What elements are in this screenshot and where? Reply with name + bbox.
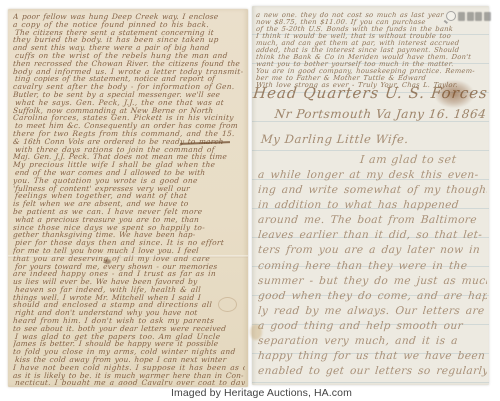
heritage-credit-text: Imaged by Heritage Auctions, HA.com — [171, 387, 352, 399]
ink-blot — [434, 80, 474, 108]
letter-1-text: A poor fellow was hung Deep Creek way. I… — [13, 13, 245, 385]
handwritten-line: good when they do come, and are happi- — [258, 289, 487, 304]
handwritten-line: in addition to what has happened — [258, 198, 487, 213]
handwritten-line: leaves earlier than it did, so that let- — [258, 228, 487, 243]
edge-stain — [250, 324, 262, 340]
stain-ring — [218, 297, 237, 312]
auction-letter-photo: A poor fellow was hung Deep Creek way. I… — [0, 0, 500, 401]
magnifier-icon — [446, 11, 456, 21]
fold-crease — [8, 255, 248, 258]
handwritten-line: necticut. I bought me a good Cavalry ove… — [15, 379, 245, 385]
handwritten-line: a good thing and help smooth our — [258, 319, 487, 334]
handwritten-line: around me. The boat from Baltimore — [258, 213, 487, 228]
handwritten-line: summer - but they do me just as much — [258, 274, 487, 289]
letter-2-dateline: Nr Portsmouth Va Jany 16. 1864 — [261, 107, 499, 121]
ink-fleck — [104, 259, 111, 264]
letter-2-opening-line: I am glad to set — [359, 153, 457, 166]
handwritten-line: coming here than they were in the — [258, 259, 487, 274]
handwritten-line: happy thing for us that we have been — [258, 349, 487, 364]
handwritten-line: separation very much, and it is a — [258, 334, 487, 349]
handwritten-line: ters from you are a day later now in — [258, 243, 487, 258]
watermark-glyphs — [458, 12, 491, 21]
handwritten-line: ing and write somewhat of my thoughts — [258, 183, 487, 198]
handwritten-line: ly read by me always. Our letters are — [258, 304, 487, 319]
letter-2-body-text: a while longer at my desk this even-ing … — [258, 168, 487, 385]
letter-page-1: A poor fellow was hung Deep Creek way. I… — [8, 9, 248, 387]
zoom-watermark — [446, 9, 499, 23]
handwritten-line: enabled to get our letters so regularly — [258, 364, 487, 379]
letter-page-2: a new one. they do not cost so much as l… — [252, 6, 489, 385]
letter-2-salutation: My Darling Little Wife. — [260, 132, 409, 146]
handwritten-line: a while longer at my desk this even- — [258, 168, 487, 183]
